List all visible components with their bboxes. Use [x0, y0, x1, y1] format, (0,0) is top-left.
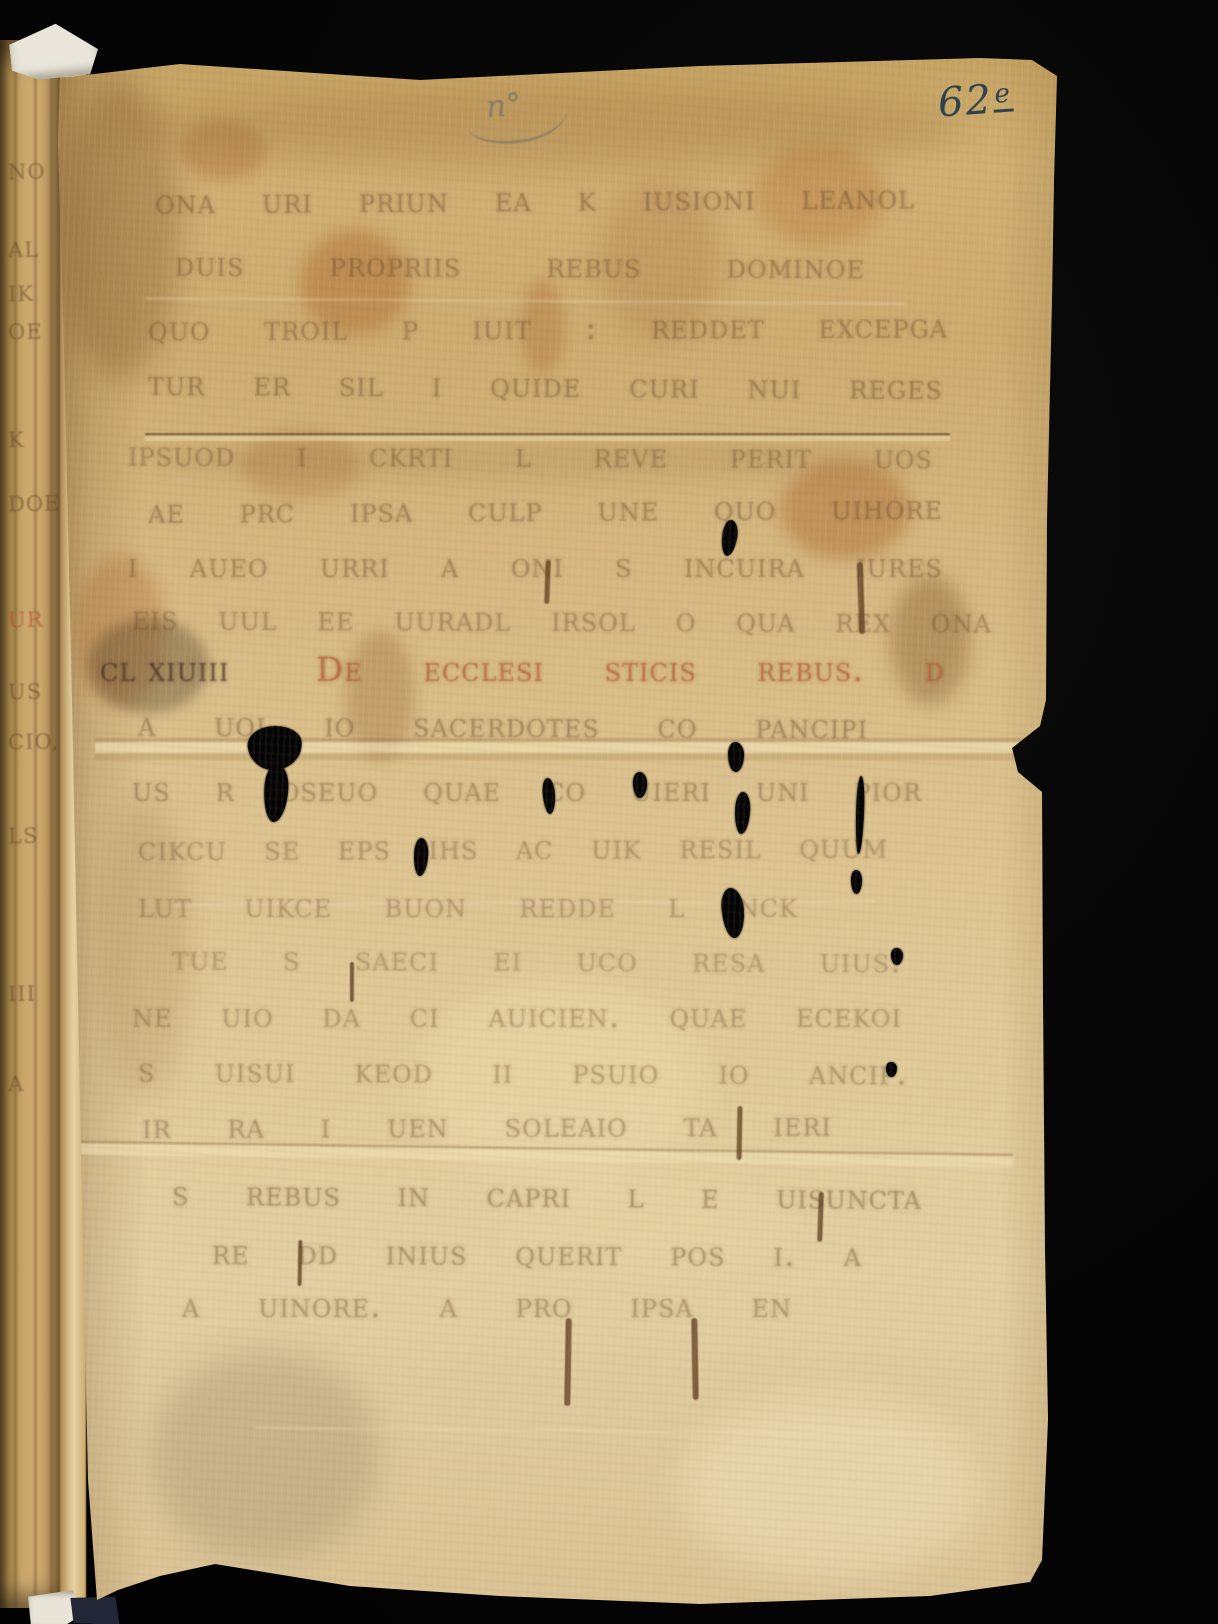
manuscript-text-line: onauripriuneakiusionileanol: [155, 177, 915, 222]
parchment-stain: [180, 120, 265, 180]
gutter-crease: [50, 40, 53, 1608]
parchment-crease: [175, 900, 875, 906]
manuscript-photo: NOALIKOEKDOEURUSCIO,LSIIIA onauripriunea…: [0, 0, 1218, 1624]
gutter-fragment: US: [8, 680, 43, 705]
parchment-hole: [262, 763, 290, 823]
gutter-fragment: DOE: [8, 492, 61, 517]
parchment-crease: [255, 1427, 975, 1435]
parchment-stain: [780, 460, 910, 560]
manuscript-text-line: srebusincaprileuisuncta: [172, 1174, 922, 1218]
ink-descender-stroke: [691, 1318, 698, 1400]
parchment-hole: [891, 948, 903, 965]
parchment-hole: [542, 778, 556, 815]
parchment-hole: [720, 887, 746, 939]
manuscript-text-line: neuiodaciauicien.quaeecekoi: [132, 996, 902, 1036]
ink-descender-stroke: [817, 1192, 824, 1242]
parchment-hole: [855, 776, 866, 854]
gutter-fragment: LS: [8, 824, 39, 849]
endband-cloth-top: [7, 20, 100, 83]
manuscript-text-line: eisuuleeuuradlirsoloquarexona: [132, 598, 992, 641]
parchment-hole: [720, 519, 740, 557]
chapter-number: cl xiuiii: [100, 650, 229, 690]
parchment-stain: [755, 145, 885, 245]
parchment-stain: [500, 1180, 800, 1270]
manuscript-text-line: aeprcipsaculpunequouihore: [148, 488, 943, 532]
ink-descender-stroke: [350, 962, 354, 1002]
gutter-fragment: IK: [8, 282, 34, 306]
parchment-hole: [633, 772, 647, 798]
parchment-stain: [300, 230, 410, 335]
manuscript-text-line: quotroilpiuit:reddetexcepga: [148, 307, 948, 350]
parchment-stain: [520, 280, 565, 375]
folio-suffix: e: [991, 78, 1014, 112]
parchment-stain: [680, 1400, 980, 1580]
parchment-crease: [145, 297, 905, 304]
parchment-hole: [851, 870, 862, 894]
manuscript-text-line: tuessaecieiucoresauius.: [172, 939, 902, 982]
parchment-hole: [246, 723, 304, 772]
parchment-seam-middle: [95, 738, 1045, 760]
parchment-stain: [100, 800, 190, 1100]
parchment-stain: [600, 180, 720, 340]
manuscript-text-line: iaueourriaonisincuiraiures: [128, 546, 943, 586]
parchment-hole: [413, 838, 429, 877]
ink-descender-stroke: [564, 1318, 572, 1406]
parchment-stain: [240, 430, 360, 500]
binding-gutter: NOALIKOEKDOEURUSCIO,LSIIIA: [0, 40, 62, 1608]
gutter-fragment: NO: [8, 160, 46, 185]
gutter-fragment: CIO,: [8, 730, 59, 755]
parchment-page: onauripriuneakiusionileanolduispropriisr…: [55, 55, 1060, 1624]
gutter-fragment: OE: [8, 320, 43, 345]
ink-descender-stroke: [298, 1240, 303, 1286]
gutter-fragment: UR: [8, 608, 44, 633]
folio-number: 62e: [936, 75, 1014, 126]
parchment-stain: [60, 80, 180, 380]
gutter-fragment: AL: [8, 238, 40, 263]
gutter-fragment: III: [8, 982, 36, 1006]
manuscript-text-line: cikcuseepsihsacuikresilquum: [138, 827, 888, 870]
manuscript-text-line: usroseuoquaecouieriunipior: [132, 770, 922, 810]
parchment-hole: [886, 1062, 897, 1077]
parchment-stain: [150, 440, 930, 480]
parchment-hole: [734, 792, 751, 835]
gutter-fragment: A: [8, 1072, 25, 1096]
manuscript-text-line: reddiniusqueritposi.a: [212, 1233, 862, 1275]
rubric-text-line: cl xiuiiiDeecclesisticisrebus.d: [100, 650, 945, 690]
parchment-stain: [890, 575, 970, 705]
parchment-seam-upper: [145, 433, 950, 441]
manuscript-text-line: auinore.aproipsaen: [182, 1286, 792, 1326]
manuscript-text-line: irraiuensoleaiotaieri: [142, 1105, 832, 1147]
parchment-stain: [345, 630, 415, 760]
parchment-stain: [75, 555, 165, 705]
ink-descender-stroke: [544, 560, 551, 604]
ink-descender-stroke: [857, 562, 866, 634]
parchment-stain: [150, 1350, 380, 1560]
parchment-hole: [728, 742, 744, 772]
parchment-stain: [850, 240, 990, 400]
manuscript-text-line: duispropriisrebusdominoe: [175, 245, 865, 287]
ink-descender-stroke: [737, 1106, 743, 1160]
manuscript-text-line: suisuikeodiipsuioioancip.: [138, 1051, 908, 1094]
manuscript-text-line: auoiiosacerdotescopancipi: [138, 705, 868, 748]
parchment-stain: [88, 618, 208, 713]
parchment-seam-lower: [63, 1140, 1013, 1167]
parchment-stain: [420, 980, 700, 1190]
binding-band-bottom: [70, 1595, 121, 1624]
manuscript-text-line: lutuikcebuonreddelnck: [138, 886, 798, 926]
manuscript-text-line: turersiliquidecurinuireges: [148, 364, 943, 408]
gutter-fragment: K: [8, 428, 25, 452]
manuscript-text-line: ipsuodickrtilreveperituos: [128, 435, 933, 478]
